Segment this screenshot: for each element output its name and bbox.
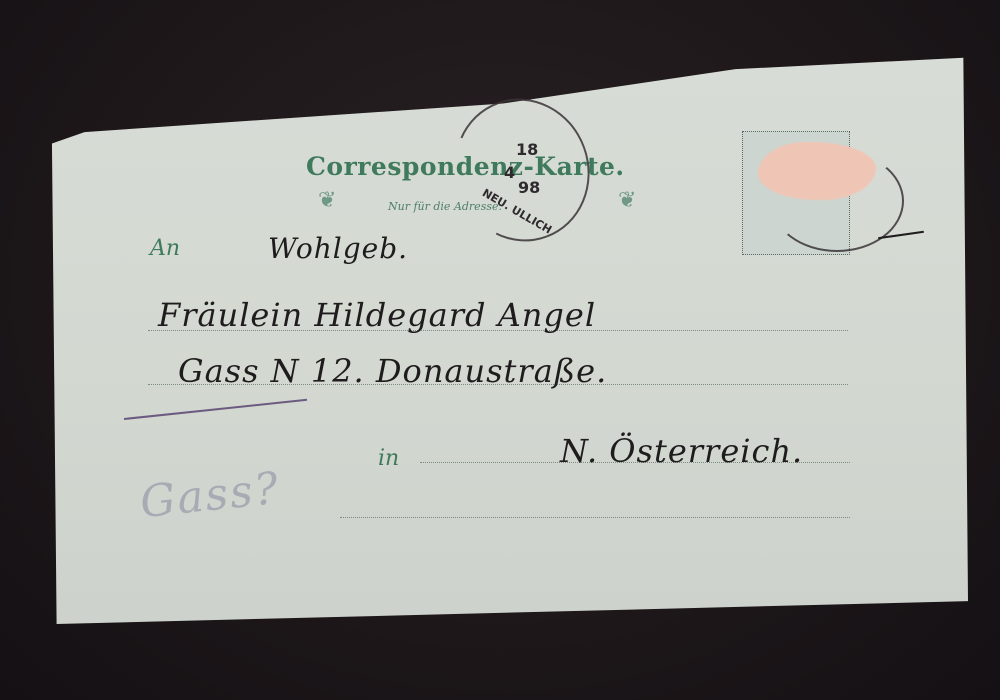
salutation: Wohlgeb. (268, 232, 408, 265)
ornament-flourish-icon: ❦ (318, 188, 336, 213)
street-line: Gass N 12. Donaustraße. (178, 352, 607, 390)
city-line: N. Österreich. (560, 432, 803, 470)
recipient-line: Fräulein Hildegard Angel (158, 296, 596, 334)
in-label: in (378, 446, 399, 471)
address-prefix: An (150, 236, 180, 261)
address-rule-4 (340, 517, 850, 518)
ornament-flourish-icon: ❦ (618, 188, 636, 213)
postmark-year: 98 (518, 178, 540, 197)
postmark-month: 4 (504, 163, 515, 182)
postmark-day: 18 (516, 140, 538, 159)
